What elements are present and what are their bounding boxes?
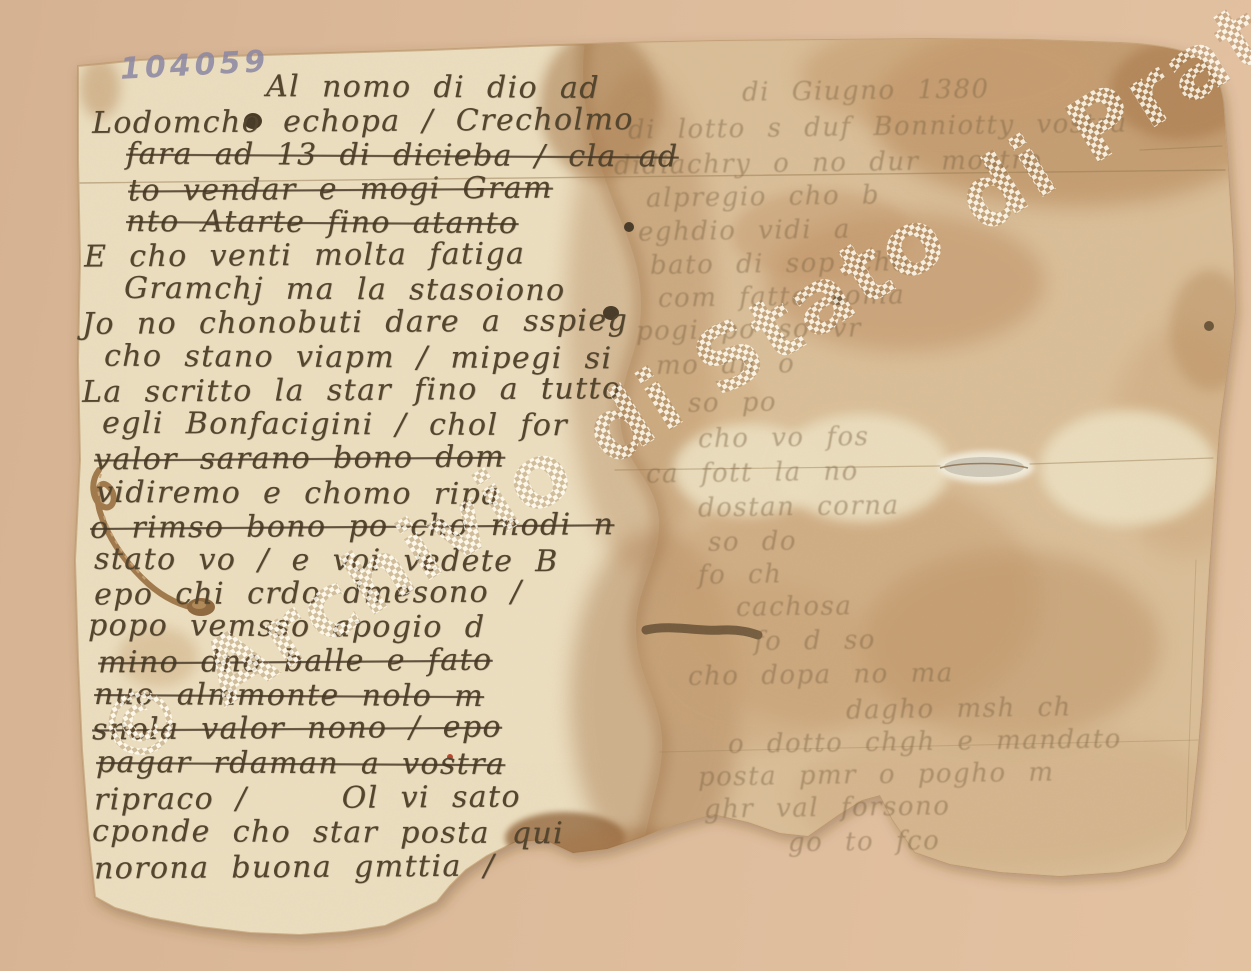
manuscript-ghost-line: ghr val forsono (704, 791, 951, 824)
manuscript-ghost-line: mo an o (656, 349, 796, 381)
manuscript-ghost-line: posta pmr o pogho m (698, 758, 1055, 793)
manuscript-line: fara ad 13 di dicieba / cla ad (126, 137, 679, 175)
manuscript-ghost-line: go to fco (788, 826, 941, 858)
manuscript-ghost-line: o dotto chgh e mandato (728, 724, 1122, 759)
manuscript-line: Al nomo di dio ad (266, 69, 600, 106)
manuscript-line: stato vo / e voi vedete B (94, 542, 559, 579)
manuscript-line: valor sarano bono dom (94, 440, 505, 478)
manuscript-ghost-line: cho vo fos (698, 422, 870, 454)
manuscript-line: Lodomcho echopa / Crecholmo (92, 102, 634, 141)
manuscript-ghost-line: so do (708, 526, 797, 557)
manuscript-ghost-line: bato di sop cho (650, 247, 910, 281)
manuscript-line: nuo almmonte nolo m (94, 677, 484, 714)
manuscript-line: cho stano viapm / mipegi si (104, 339, 613, 377)
manuscript-line: to vendar e mogi Gram (128, 171, 553, 209)
manuscript-ghost-line: cho dopa no ma (688, 658, 954, 692)
manuscript-ghost-line: cachosa (736, 591, 853, 623)
manuscript-ghost-line: di Giugno 1380 (742, 74, 990, 107)
manuscript-scan: 104059 Al nomo di dio ad Lodomcho echopa… (0, 0, 1251, 971)
manuscript-ghost-line: fo ch (698, 559, 783, 590)
manuscript-line: o rimso bono po cho modi n (90, 507, 614, 546)
manuscript-line: Gramchj ma la stasoiono (124, 271, 566, 308)
manuscript-line: mino dno balle e fato (98, 643, 493, 681)
manuscript-line: norona buona gmttia / (94, 849, 495, 887)
manuscript-ghost-line: eghdio vidi a (638, 215, 851, 248)
manuscript-ghost-line: pogi po so vr (636, 313, 862, 346)
manuscript-ghost-line: com fatto soma (658, 280, 906, 313)
manuscript-ghost-line: fo d so (754, 625, 876, 657)
manuscript-ghost-line: dostan corna (698, 491, 900, 524)
manuscript-line: pagar rdaman a vostra (96, 745, 505, 782)
manuscript-line: La scritto la star fino a tutto (82, 371, 622, 410)
manuscript-line: cponde cho star posta qui (92, 814, 564, 851)
manuscript-line: nto Atarte fino atanto (126, 204, 519, 241)
manuscript-line: E cho venti molta fatiga (84, 236, 526, 274)
manuscript-line: snola valor nono / epo (92, 710, 502, 748)
manuscript-line: ripraco / Ol vi sato (94, 780, 521, 818)
manuscript-line: egli Bonfacigini / chol for (102, 406, 568, 443)
manuscript-ghost-line: dagho msh ch (846, 692, 1072, 725)
manuscript-ghost-line: alpregio cho b (646, 180, 880, 213)
manuscript-ghost-line: so po (688, 387, 777, 418)
manuscript-line: epo chi crdo dmesono / (94, 575, 523, 613)
manuscript-line: Jo no chonobuti dare a sspieg (82, 303, 628, 342)
manuscript-ghost-line: ca fott la no (646, 457, 859, 490)
manuscript-line: vidiremo e chomo ripa (96, 475, 501, 512)
manuscript-line: popo vemsso apogio d (88, 608, 486, 645)
